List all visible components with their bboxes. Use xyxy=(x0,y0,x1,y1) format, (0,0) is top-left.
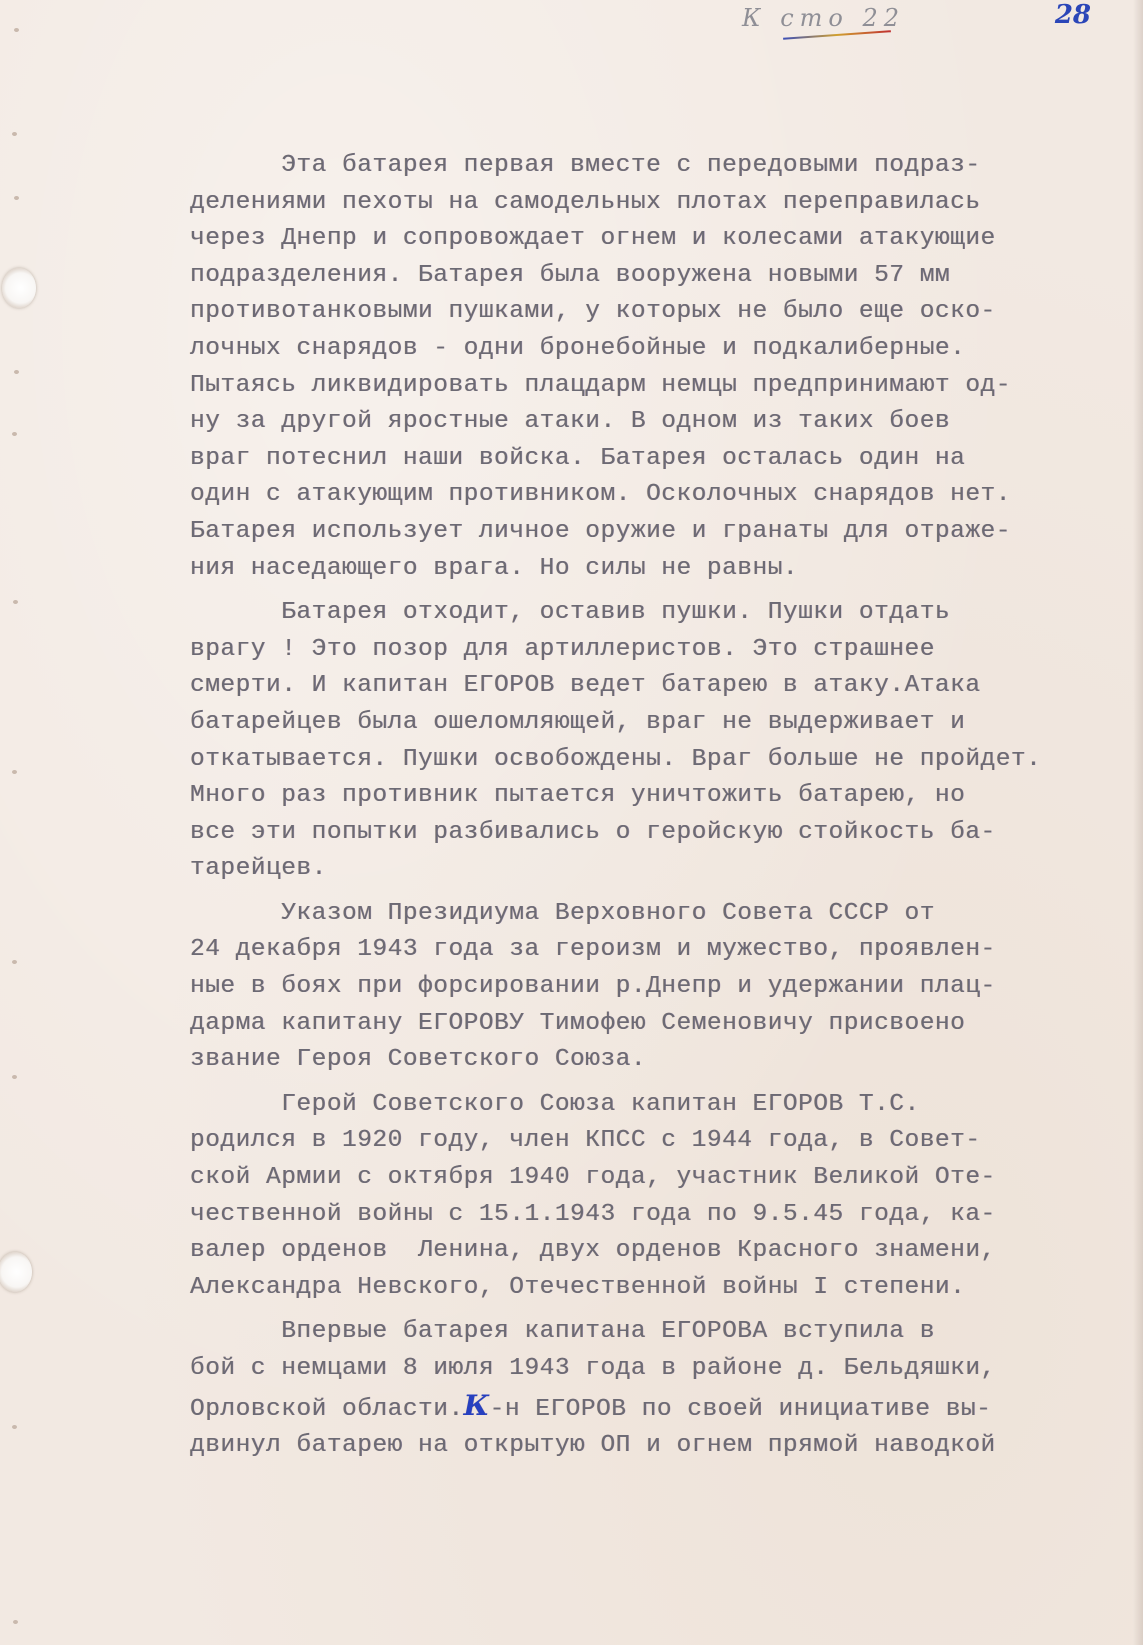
page-edge-shadow xyxy=(1133,0,1143,1645)
edge-speck xyxy=(14,370,19,374)
paragraph-gap xyxy=(190,1079,1110,1087)
paragraph-gap xyxy=(190,587,1110,595)
text-line: один с атакующим противником. Осколочных… xyxy=(190,477,1110,514)
text-line: бой с немцами 8 июля 1943 года в районе … xyxy=(190,1351,1110,1388)
paragraph-gap xyxy=(190,888,1110,896)
text-fragment: -н ЕГОРОВ по своей инициативе вы- xyxy=(490,1396,992,1423)
text-line: 24 декабря 1943 года за героизм и мужест… xyxy=(190,932,1110,969)
edge-speck xyxy=(14,196,19,200)
text-line: врагу ! Это позор для артиллеристов. Это… xyxy=(190,632,1110,669)
text-line: все эти попытки разбивались о геройскую … xyxy=(190,815,1110,852)
edge-speck xyxy=(12,960,17,964)
text-line: ну за другой яростные атаки. В одном из … xyxy=(190,404,1110,441)
text-line: ния наседающего врага. Но силы не равны. xyxy=(190,551,1110,588)
edge-speck xyxy=(13,600,18,604)
archive-mark: К сто 22 xyxy=(742,4,905,32)
text-line: звание Героя Советского Союза. xyxy=(190,1042,1110,1079)
text-line: валер орденов Ленина, двух орденов Красн… xyxy=(190,1233,1110,1270)
text-line: откатывается. Пушки освобождены. Враг бо… xyxy=(190,742,1110,779)
text-line: делениями пехоты на самодельных плотах п… xyxy=(190,185,1110,222)
paragraph: Впервые батарея капитана ЕГОРОВА вступил… xyxy=(190,1314,1110,1464)
edge-speck xyxy=(12,432,17,436)
punch-hole-top xyxy=(2,268,36,308)
scanned-page: К сто 22 28 Эта батарея первая вместе с … xyxy=(0,0,1143,1645)
text-line: ской Армии с октября 1940 года, участник… xyxy=(190,1160,1110,1197)
text-line: батарейцев была ошеломляющей, враг не вы… xyxy=(190,705,1110,742)
text-line: Впервые батарея капитана ЕГОРОВА вступил… xyxy=(190,1314,1110,1351)
text-line: Орловской области.К-н ЕГОРОВ по своей ин… xyxy=(190,1388,1110,1429)
text-line: враг потеснил наши войска. Батарея остал… xyxy=(190,441,1110,478)
text-line: лочных снарядов - одни бронебойные и под… xyxy=(190,331,1110,368)
page-number: 28 xyxy=(1055,0,1091,30)
edge-speck xyxy=(12,1075,17,1079)
text-line: Александра Невского, Отечественной войны… xyxy=(190,1270,1110,1307)
text-line: Батарея отходит, оставив пушки. Пушки от… xyxy=(190,595,1110,632)
text-line: через Днепр и сопровождает огнем и колес… xyxy=(190,221,1110,258)
text-line: Батарея использует личное оружие и грана… xyxy=(190,514,1110,551)
paragraph: Батарея отходит, оставив пушки. Пушки от… xyxy=(190,595,1110,888)
typewritten-body: Эта батарея первая вместе с передовыми п… xyxy=(190,148,1110,1465)
text-line: двинул батарею на открытую ОП и огнем пр… xyxy=(190,1428,1110,1465)
text-line: чественной войны с 15.1.1943 года по 9.5… xyxy=(190,1197,1110,1234)
paragraph: Герой Советского Союза капитан ЕГОРОВ Т.… xyxy=(190,1087,1110,1307)
edge-speck xyxy=(13,1620,18,1624)
text-line: ные в боях при форсировании р.Днепр и уд… xyxy=(190,969,1110,1006)
punch-hole-bottom xyxy=(0,1252,32,1292)
edge-speck xyxy=(12,132,17,136)
text-line: Много раз противник пытается уничтожить … xyxy=(190,778,1110,815)
text-line: противотанковыми пушками, у которых не б… xyxy=(190,294,1110,331)
text-line: Герой Советского Союза капитан ЕГОРОВ Т.… xyxy=(190,1087,1110,1124)
edge-speck xyxy=(14,28,19,32)
text-line: смерти. И капитан ЕГОРОВ ведет батарею в… xyxy=(190,668,1110,705)
text-line: тарейцев. xyxy=(190,851,1110,888)
edge-speck xyxy=(12,1425,17,1429)
paragraph: Эта батарея первая вместе с передовыми п… xyxy=(190,148,1110,587)
text-line: подразделения. Батарея была вооружена но… xyxy=(190,258,1110,295)
text-line: родился в 1920 году, член КПСС с 1944 го… xyxy=(190,1123,1110,1160)
paragraph: Указом Президиума Верховного Совета СССР… xyxy=(190,896,1110,1079)
text-line: Указом Президиума Верховного Совета СССР… xyxy=(190,896,1110,933)
edge-speck xyxy=(12,770,17,774)
text-line: Эта батарея первая вместе с передовыми п… xyxy=(190,148,1110,185)
text-fragment: Орловской области. xyxy=(190,1396,464,1423)
paragraph-gap xyxy=(190,1306,1110,1314)
text-line: Пытаясь ликвидировать плацдарм немцы пре… xyxy=(190,368,1110,405)
text-line: дарма капитану ЕГОРОВУ Тимофею Семенович… xyxy=(190,1006,1110,1043)
handwritten-correction: К xyxy=(464,1389,490,1422)
